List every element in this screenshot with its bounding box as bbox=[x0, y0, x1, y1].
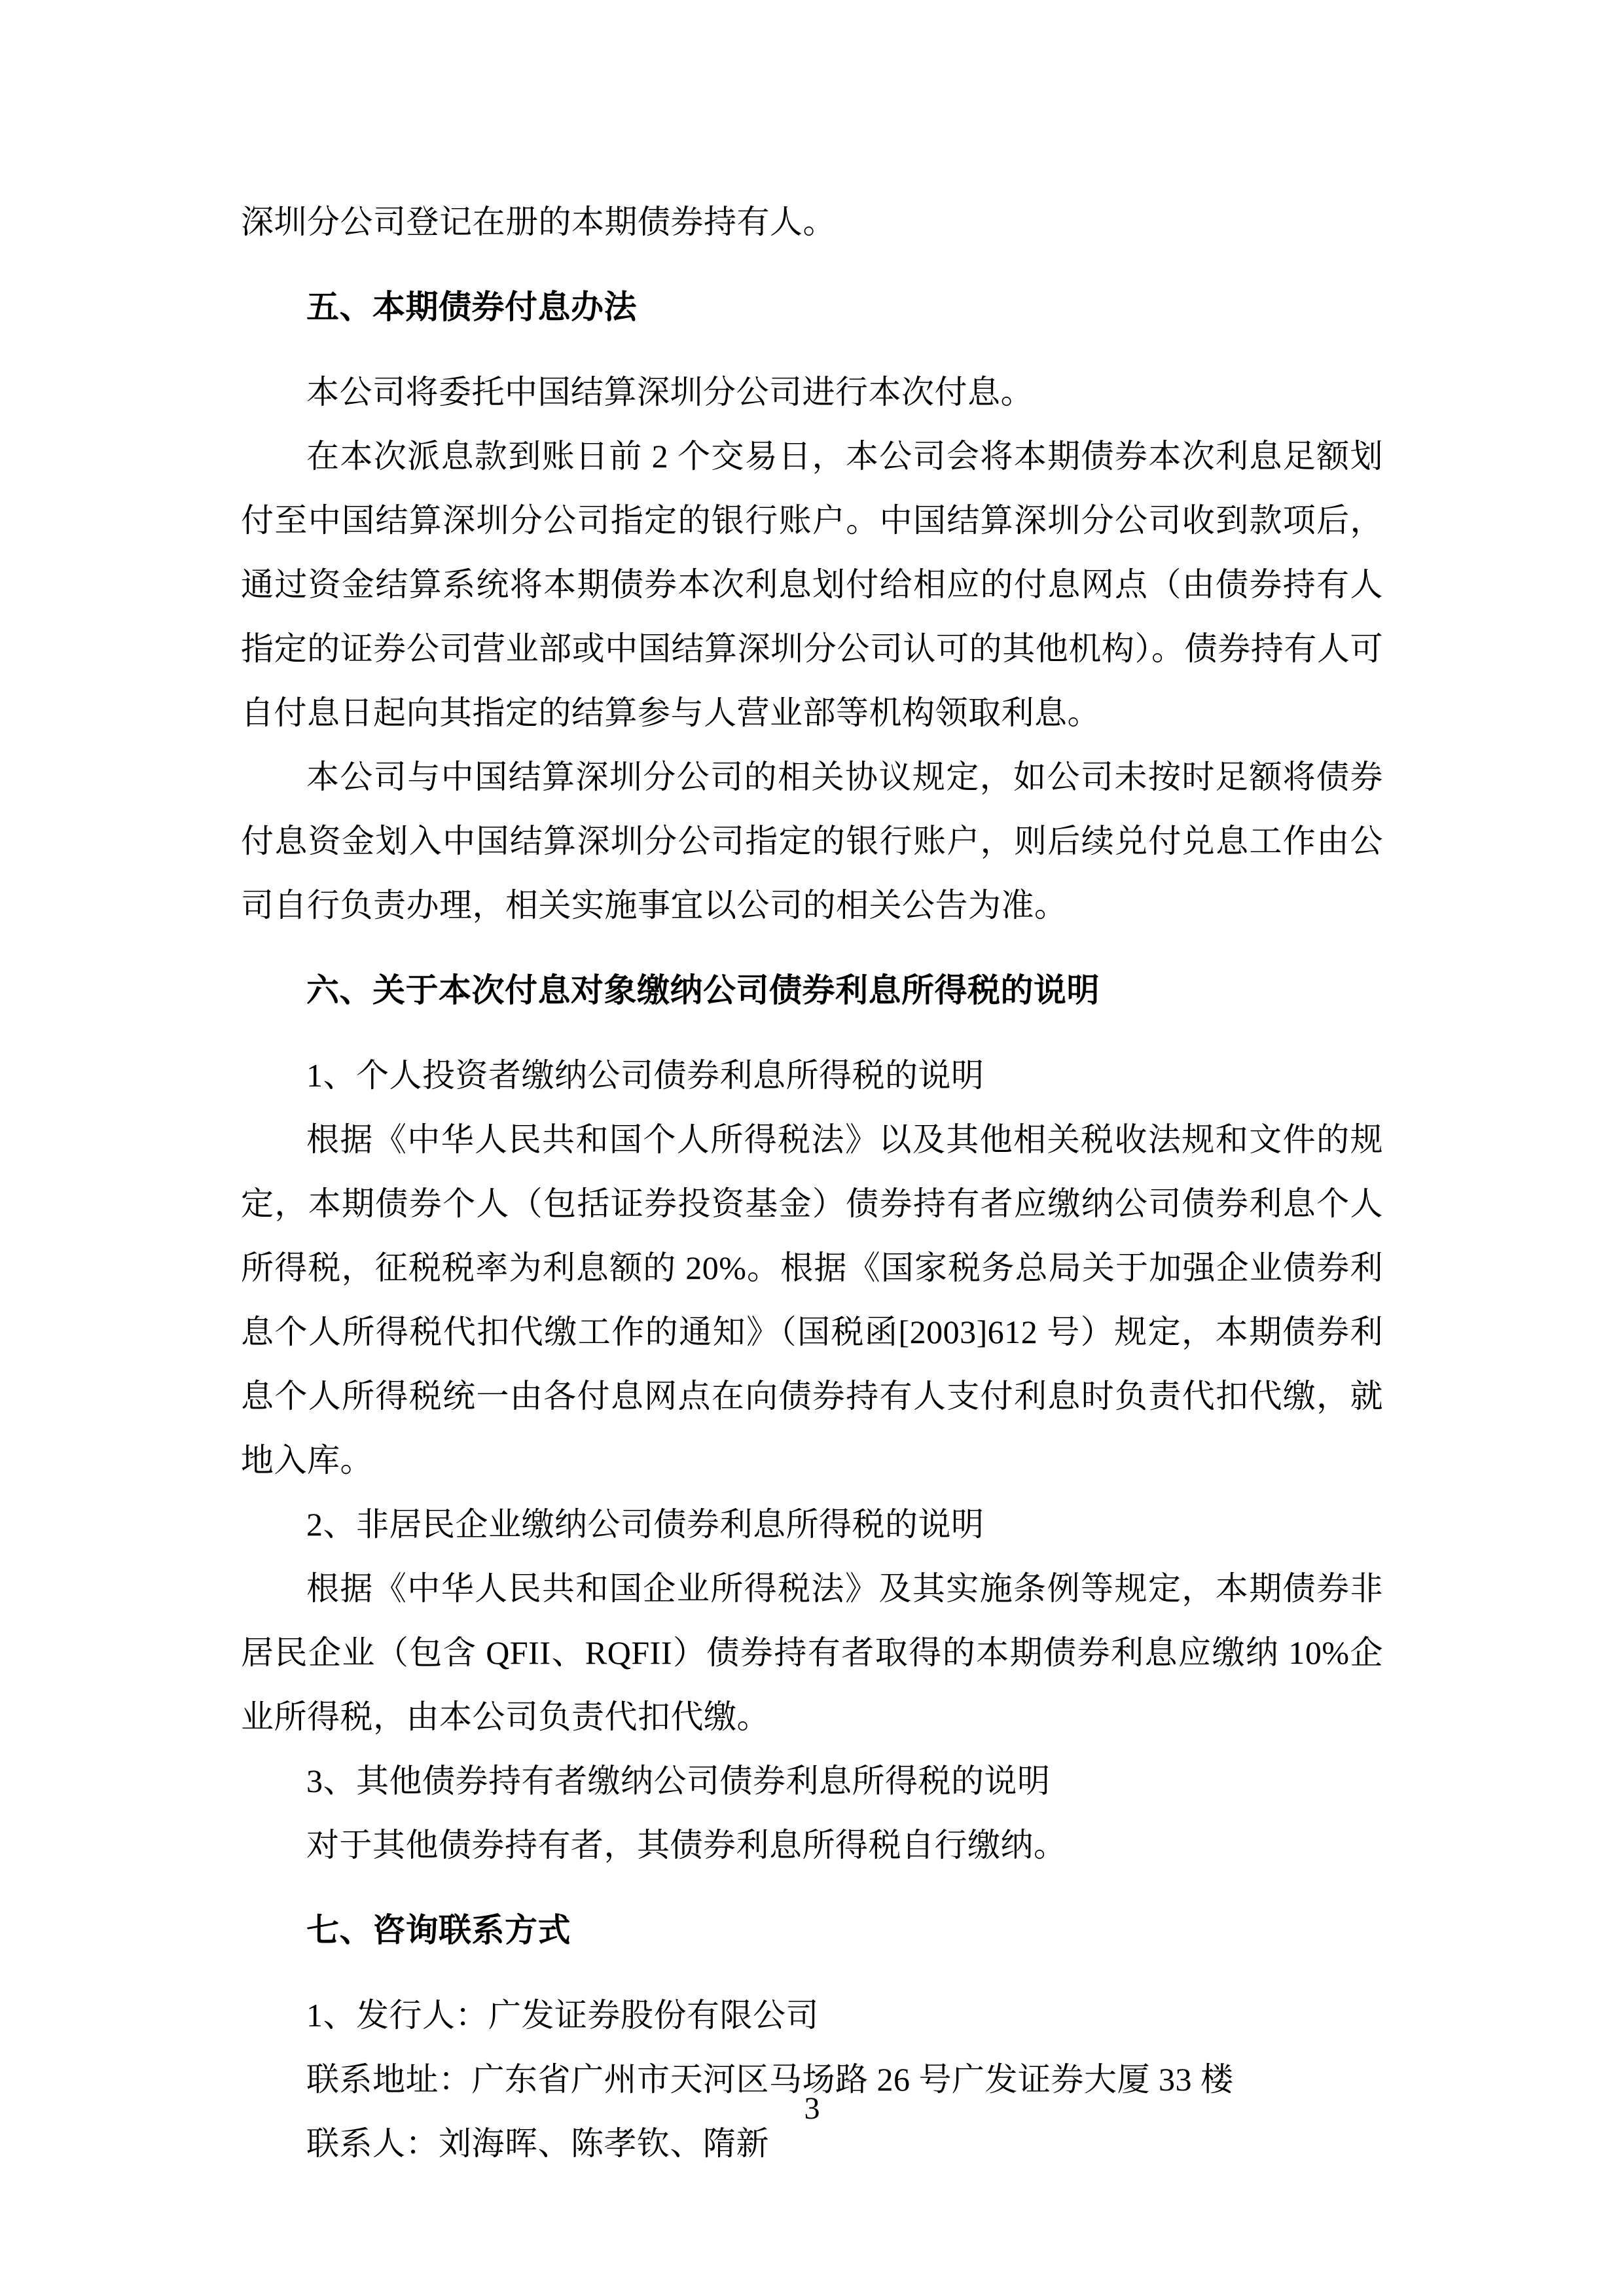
paragraph-other-holders-detail: 对于其他债券持有者，其债券利息所得税自行缴纳。 bbox=[241, 1813, 1383, 1877]
paragraph-nonresident-tax-detail: 根据《中华人民共和国企业所得税法》及其实施条例等规定，本期债券非居民企业（包含 … bbox=[241, 1556, 1383, 1749]
document-content: 深圳分公司登记在册的本期债券持有人。 五、本期债券付息办法 本公司将委托中国结算… bbox=[241, 190, 1383, 2176]
section-heading-6-tax-explanation: 六、关于本次付息对象缴纳公司债券利息所得税的说明 bbox=[241, 958, 1383, 1022]
paragraph-continuation: 深圳分公司登记在册的本期债券持有人。 bbox=[241, 190, 1383, 254]
paragraph-individual-tax-detail: 根据《中华人民共和国个人所得税法》以及其他相关税收法规和文件的规定，本期债券个人… bbox=[241, 1107, 1383, 1492]
section-heading-5-payment-method: 五、本期债券付息办法 bbox=[241, 275, 1383, 339]
paragraph-agreement-terms: 本公司与中国结算深圳分公司的相关协议规定，如公司未按时足额将债券付息资金划入中国… bbox=[241, 745, 1383, 937]
section-heading-7-contact: 七、咨询联系方式 bbox=[241, 1898, 1383, 1962]
document-page: 深圳分公司登记在册的本期债券持有人。 五、本期债券付息办法 本公司将委托中国结算… bbox=[0, 0, 1624, 2296]
paragraph-payment-process: 在本次派息款到账日前 2 个交易日，本公司会将本期债券本次利息足额划付至中国结算… bbox=[241, 424, 1383, 745]
page-number: 3 bbox=[0, 2092, 1624, 2126]
subitem-1-individual-tax-title: 1、个人投资者缴纳公司债券利息所得税的说明 bbox=[241, 1043, 1383, 1107]
subitem-2-nonresident-tax-title: 2、非居民企业缴纳公司债券利息所得税的说明 bbox=[241, 1492, 1383, 1556]
paragraph-issuer: 1、发行人：广发证券股份有限公司 bbox=[241, 1983, 1383, 2047]
paragraph-payment-entrust: 本公司将委托中国结算深圳分公司进行本次付息。 bbox=[241, 360, 1383, 424]
subitem-3-other-holders-title: 3、其他债券持有者缴纳公司债券利息所得税的说明 bbox=[241, 1749, 1383, 1813]
